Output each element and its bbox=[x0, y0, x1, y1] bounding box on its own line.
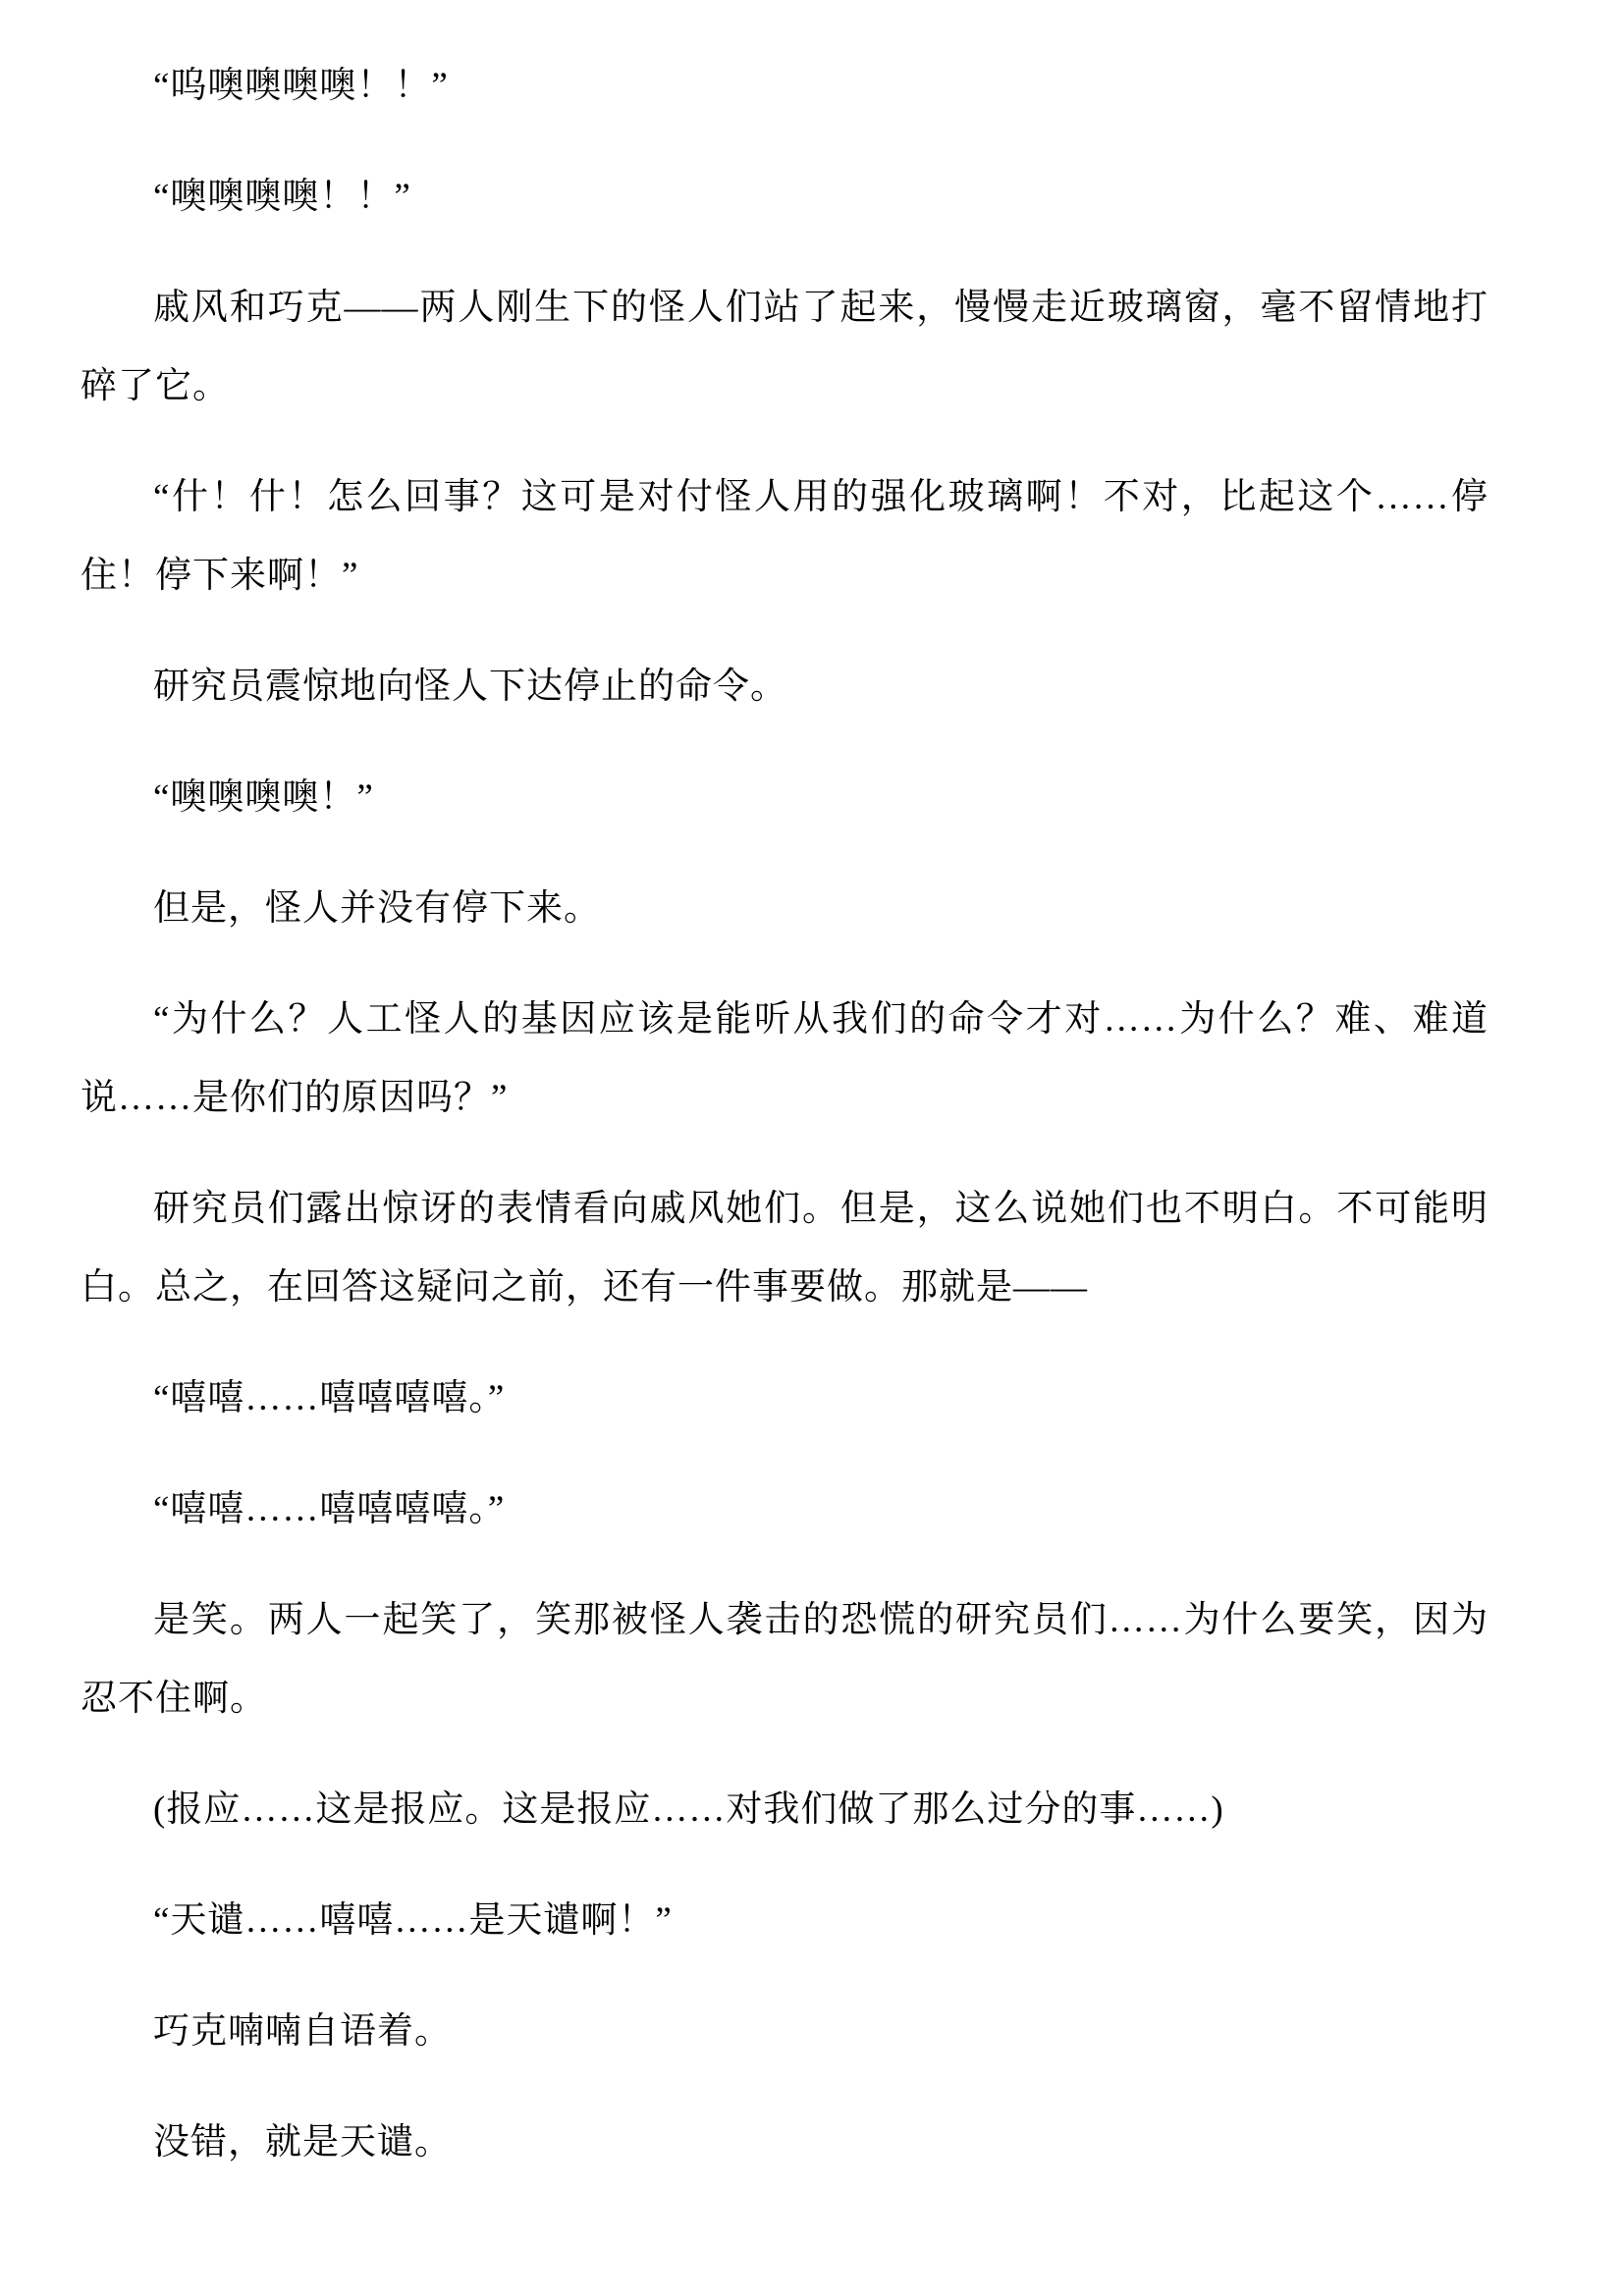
paragraph: “嘻嘻……嘻嘻嘻嘻。” bbox=[81, 1360, 1489, 1438]
paragraph: “噢噢噢噢！！” bbox=[81, 158, 1489, 237]
paragraph: 戚风和巧克——两人刚生下的怪人们站了起来，慢慢走近玻璃窗，毫不留情地打碎了它。 bbox=[81, 269, 1489, 426]
paragraph: 是笑。两人一起笑了，笑那被怪人袭击的恐慌的研究员们……为什么要笑，因为忍不住啊。 bbox=[81, 1581, 1489, 1738]
document-page: “呜噢噢噢噢！！”“噢噢噢噢！！”戚风和巧克——两人刚生下的怪人们站了起来，慢慢… bbox=[0, 0, 1624, 2296]
paragraph: “什！什！怎么回事？这可是对付怪人用的强化玻璃啊！不对，比起这个……停住！停下来… bbox=[81, 458, 1489, 615]
paragraph: (报应……这是报应。这是报应……对我们做了那么过分的事……) bbox=[81, 1771, 1489, 1849]
paragraph: 但是，怪人并没有停下来。 bbox=[81, 870, 1489, 948]
paragraph: “呜噢噢噢噢！！” bbox=[81, 47, 1489, 126]
paragraph: “嘻嘻……嘻嘻嘻嘻。” bbox=[81, 1470, 1489, 1549]
document-body: “呜噢噢噢噢！！”“噢噢噢噢！！”戚风和巧克——两人刚生下的怪人们站了起来，慢慢… bbox=[81, 47, 1489, 2182]
paragraph: 巧克喃喃自语着。 bbox=[81, 1993, 1489, 2071]
paragraph: 研究员们露出惊讶的表情看向戚风她们。但是，这么说她们也不明白。不可能明白。总之，… bbox=[81, 1170, 1489, 1327]
paragraph: “为什么？人工怪人的基因应该是能听从我们的命令才对……为什么？难、难道说……是你… bbox=[81, 981, 1489, 1138]
paragraph: “天谴……嘻嘻……是天谴啊！” bbox=[81, 1882, 1489, 1960]
paragraph: “噢噢噢噢！” bbox=[81, 759, 1489, 837]
paragraph: 研究员震惊地向怪人下达停止的命令。 bbox=[81, 648, 1489, 726]
paragraph: 没错，就是天谴。 bbox=[81, 2104, 1489, 2182]
